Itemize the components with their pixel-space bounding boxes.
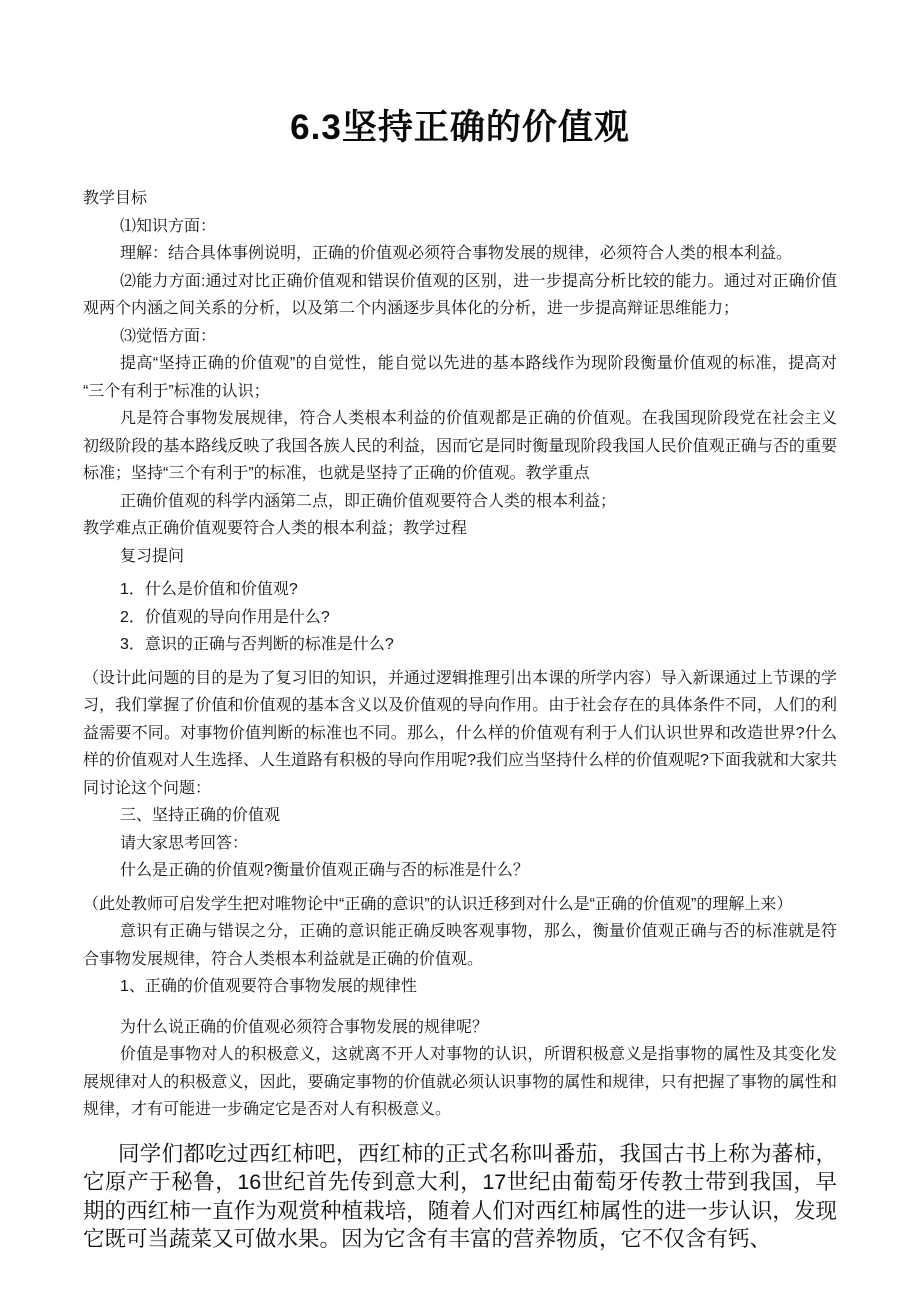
ability-aspect-text: ⑵能力方面:通过对比正确价值观和错误价值观的区别，进一步提高分析比较的能力。通过… [83,268,837,323]
teacher-hint-text: （此处教师可启发学生把对唯物论中“正确的意识”的认识迁移到对什么是“正确的价值观… [83,891,837,919]
review-questions-heading: 复习提问 [83,543,837,571]
lesson-intro-text: （设计此问题的目的是为了复习旧的知识，并通过逻辑推理引出本课的所学内容）导入新课… [83,665,837,803]
knowledge-aspect-label: ⑴知识方面： [83,213,837,241]
section-three-heading: 三、坚持正确的价值观 [83,802,837,830]
awareness-aspect-label: ⑶觉悟方面： [83,323,837,351]
review-question-1: 1．什么是价值和价值观? [83,576,837,604]
knowledge-understand-text: 理解：结合具体事例说明，正确的价值观必须符合事物发展的规律，必须符合人类的根本利… [83,240,837,268]
correct-values-standard-text: 凡是符合事物发展规律，符合人类根本利益的价值观都是正确的价值观。在我国现阶段党在… [83,405,837,488]
value-meaning-analysis-text: 价值是事物对人的积极意义，这就离不开人对事物的认识，所谓积极意义是指事物的属性及… [83,1041,837,1124]
awareness-detail-text: 提高“坚持正确的价值观”的自觉性，能自觉以先进的基本路线作为现阶段衡量价值观的标… [83,350,837,405]
think-answer-prompt: 请大家思考回答： [83,830,837,858]
why-question-text: 为什么说正确的价值观必须符合事物发展的规律呢？ [83,1014,837,1042]
consciousness-analysis-text: 意识有正确与错误之分，正确的意识能正确反映客观事物，那么，衡量价值观正确与否的标… [83,918,837,973]
point-one-heading: 1、正确的价值观要符合事物发展的规律性 [83,973,837,1001]
teaching-difficulty-text: 教学难点正确价值观要符合人类的根本利益；教学过程 [83,515,837,543]
teaching-goals-heading: 教学目标 [83,185,837,213]
tomato-story-text: 同学们都吃过西红柿吧，西红柿的正式名称叫番茄，我国古书上称为蕃柿，它原产于秘鲁，… [83,1140,837,1254]
review-question-2: 2．价值观的导向作用是什么? [83,604,837,632]
review-question-3: 3．意识的正确与否判断的标准是什么? [83,631,837,659]
document-title-text: 6.3坚持正确的价值观 [290,108,630,147]
teaching-focus-text: 正确价值观的科学内涵第二点，即正确价值观要符合人类的根本利益； [83,488,837,516]
think-question-text: 什么是正确的价值观?衡量价值观正确与否的标准是什么？ [83,857,837,885]
document-title: 6.3坚持正确的价值观 [83,104,837,151]
document-page: 6.3坚持正确的价值观 教学目标 ⑴知识方面： 理解：结合具体事例说明，正确的价… [0,0,920,1301]
